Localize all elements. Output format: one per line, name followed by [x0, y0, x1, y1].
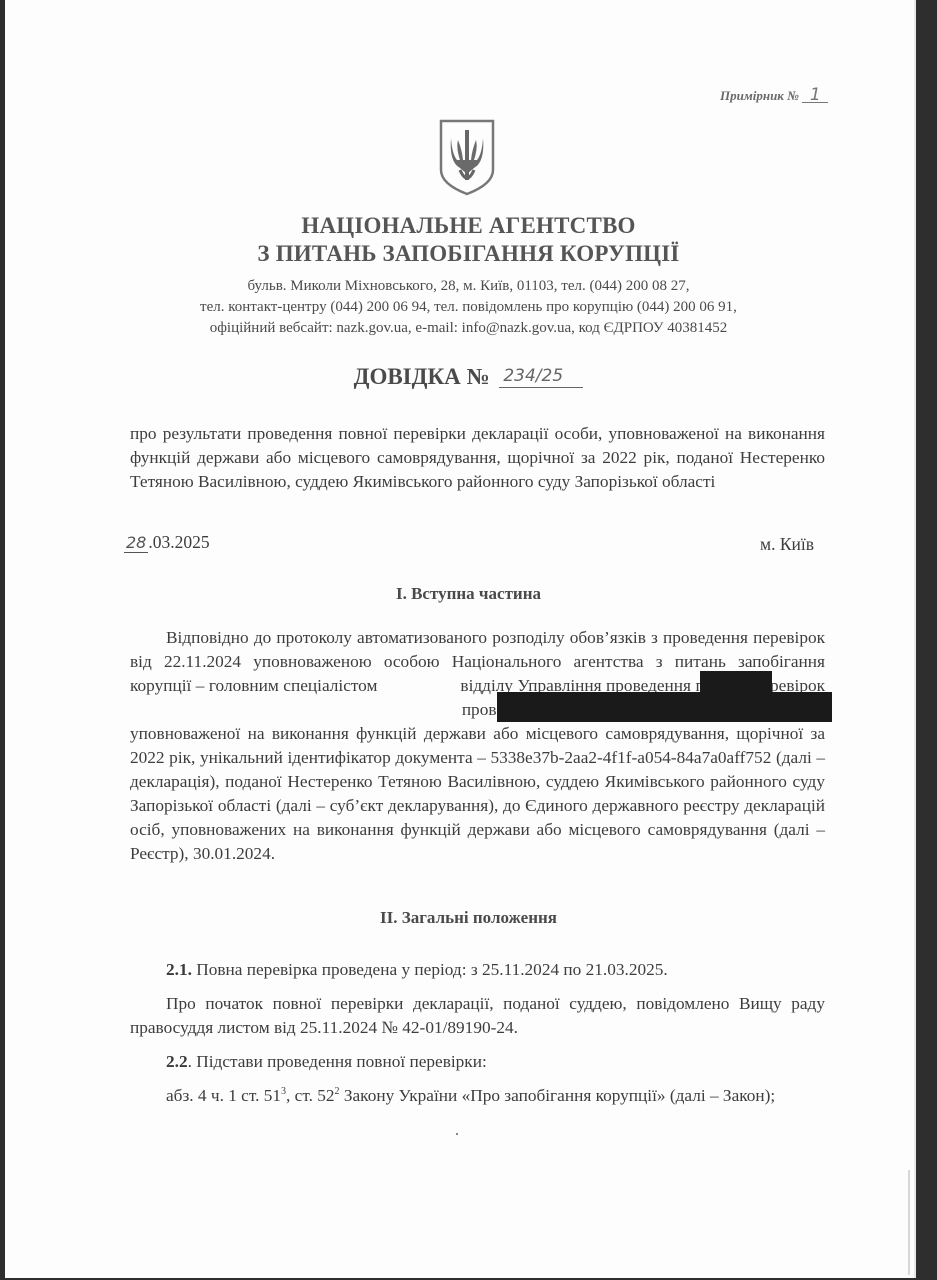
contacts-phones: тел. контакт-центру (044) 200 06 94, тел…: [0, 297, 937, 318]
document-date-rest: .03.2025: [148, 532, 209, 552]
document-number: 234/25: [499, 365, 583, 388]
clause-2-1-text: Повна перевірка проведена у період: з 25…: [192, 960, 668, 979]
scan-speck: [456, 1133, 458, 1135]
document-title-label: ДОВІДКА №: [354, 364, 490, 389]
contacts-address: бульв. Миколи Міхновського, 28, м. Київ,…: [0, 276, 937, 297]
date-place-row: 28.03.2025 м. Київ: [124, 532, 814, 553]
redaction-box-department: [497, 692, 832, 722]
basis-text-a: абз. 4 ч. 1 ст. 51: [166, 1086, 281, 1105]
basis-text-b: , ст. 52: [286, 1086, 335, 1105]
basis-paragraph: абз. 4 ч. 1 ст. 513, ст. 522 Закону Укра…: [130, 1084, 825, 1108]
contacts-web: офіційний вебсайт: nazk.gov.ua, e-mail: …: [0, 318, 937, 339]
subject-text: про результати проведення повної перевір…: [130, 422, 825, 494]
copy-number-mark: Примірник № 1: [720, 88, 828, 104]
organization-contacts: бульв. Миколи Міхновського, 28, м. Київ,…: [0, 276, 937, 339]
page-edge: [914, 0, 916, 1278]
scan-artifact-line: [908, 1170, 910, 1275]
document-date-day: 28: [124, 533, 148, 553]
copy-number-value: 1: [802, 88, 828, 103]
document-title: ДОВІДКА № 234/25: [0, 364, 937, 390]
trident-emblem-icon: [438, 118, 496, 196]
org-title-line2: З ПИТАНЬ ЗАПОБІГАННЯ КОРУПЦІЇ: [0, 240, 937, 268]
section-1-part3: проведено повну перевірку декларації осо…: [130, 700, 825, 863]
clause-2-1-number: 2.1.: [166, 960, 192, 979]
organization-title: НАЦІОНАЛЬНЕ АГЕНТСТВО З ПИТАНЬ ЗАПОБІГАН…: [0, 212, 937, 268]
org-title-line1: НАЦІОНАЛЬНЕ АГЕНТСТВО: [0, 212, 937, 240]
section-2-body: 2.1. Повна перевірка проведена у період:…: [130, 958, 825, 1108]
clause-2-2-number: 2.2: [166, 1052, 188, 1071]
notice-paragraph: Про початок повної перевірки декларації,…: [130, 992, 825, 1040]
section-1-body: Відповідно до протоколу автоматизованого…: [130, 626, 825, 866]
document-subject: про результати проведення повної перевір…: [130, 422, 825, 494]
copy-number-label: Примірник №: [720, 88, 799, 103]
basis-text-c: Закону України «Про запобігання корупції…: [340, 1086, 776, 1105]
clause-2-2-text: . Підстави проведення повної перевірки:: [188, 1052, 487, 1071]
section-1-heading: I. Вступна частина: [0, 584, 937, 604]
section-2-heading: II. Загальні положення: [0, 908, 937, 928]
document-city: м. Київ: [760, 534, 814, 555]
